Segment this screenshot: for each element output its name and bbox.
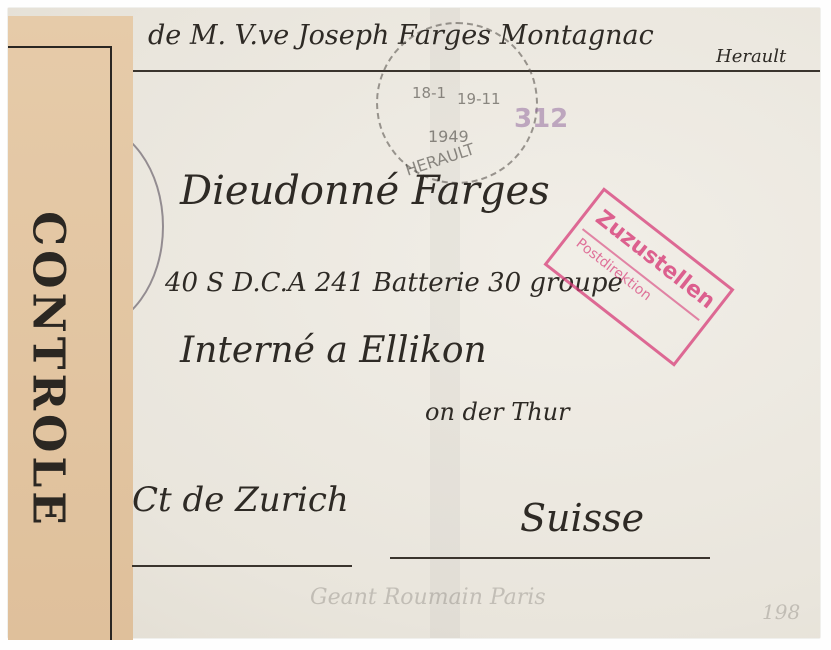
canton-underline <box>132 565 352 567</box>
recipient-name: Dieudonné Farges <box>180 168 550 214</box>
censor-label: CONTROLE <box>18 200 78 540</box>
censor-number: 312 <box>514 104 568 134</box>
censor-frame-top <box>8 46 111 48</box>
recipient-country: Suisse <box>520 496 644 540</box>
corner-note: 198 <box>762 600 800 624</box>
pencil-note: Geant Roumain Paris <box>310 585 546 610</box>
postmark-date: 18-1 <box>412 84 446 102</box>
recipient-canton: Ct de Zurich <box>132 480 349 520</box>
postmark-time: 19-11 <box>457 90 501 108</box>
censor-frame-right <box>110 46 112 640</box>
sender-region: Herault <box>716 46 786 67</box>
recipient-locality: on der Thur <box>425 398 570 426</box>
country-underline <box>390 557 710 559</box>
recipient-status: Interné a Ellikon <box>180 330 487 371</box>
